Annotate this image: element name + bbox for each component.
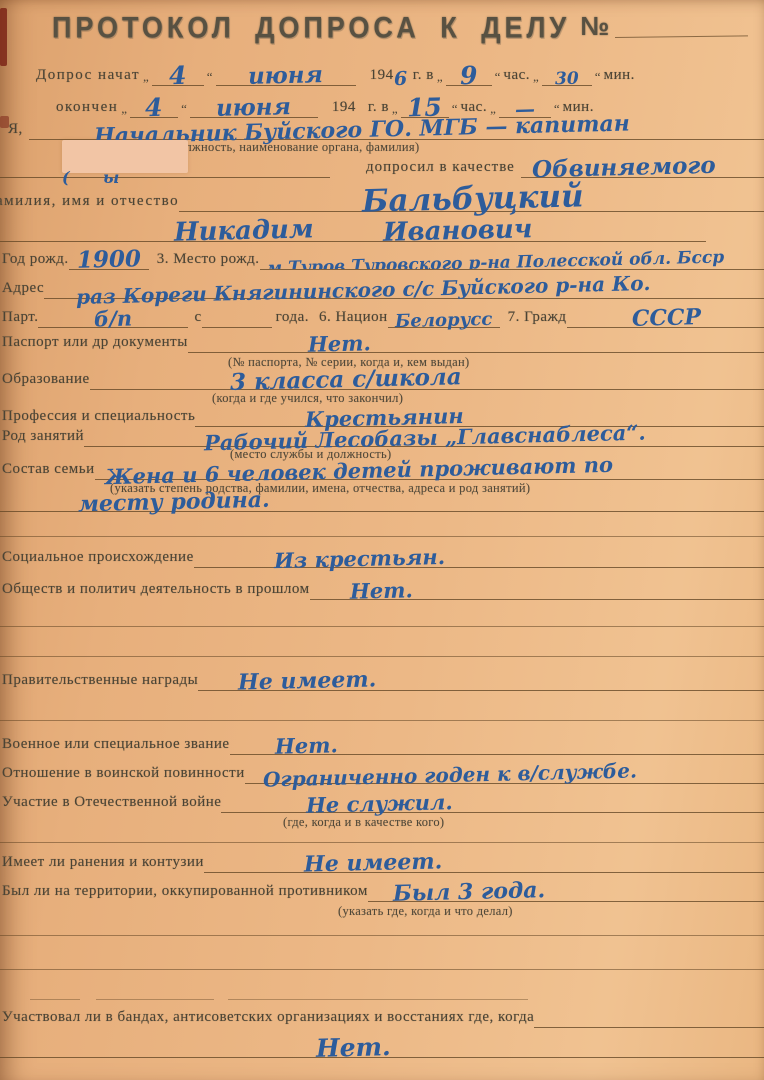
row-family: Состав семьи Жена и 6 человек детей прож… [2,456,764,480]
war-participation-label: Участие в Отечественной войне [2,794,221,813]
row-military-rank: Военное или специальное звание Нет. [2,728,764,755]
birth-year-field: 1900 [69,244,149,270]
row-interrogation-started: Допрос начат „ 4 “ июня 194 6 г. в „ 9 “… [36,56,764,86]
started-day-field: 4 [152,56,204,86]
quote-close: “ [592,69,604,86]
gangs-answer-value: Нет. [315,1036,390,1059]
row-address: Адрес раз Кореги Княгининского с/с Буйск… [2,272,764,299]
started-minute-value: 30 [555,71,579,86]
started-year-suffix: г. в [413,67,434,86]
questioned-as-field: Обвиняемого [521,150,764,178]
started-hour-field: 9 [446,56,492,86]
row-education: Образование 3 класса с/школа [2,362,764,390]
wounds-field: Не имеет. [204,846,764,873]
party-since-field [202,301,272,328]
occupation-label: Род занятий [2,428,84,447]
started-label: Допрос начат [36,67,140,86]
education-value: 3 класса с/школа [230,368,462,393]
started-month-field: июня [216,56,356,86]
blank-ruled-line [0,911,764,936]
birth-place-label: 3. Место рожд. [157,251,260,270]
surname-value: Бальбуцкий [361,183,583,215]
military-duty-field: Ограниченно годен к в/службе. [245,757,764,784]
blank-ruled-line [0,632,764,657]
row-social-origin: Социальное происхождение Из крестьян. [2,542,764,568]
row-profession: Профессия и специальность Крестьянин [2,400,764,427]
started-month-value: июня [248,66,323,87]
military-duty-value: Ограниченно годен к в/службе. [263,762,637,788]
first-name-value: Никадим [173,218,313,243]
row-gangs: Участвовал ли в бандах, антисоветских ор… [2,1002,764,1028]
party-field: б/п [38,301,188,328]
row-given-names: Никадим Иванович [0,214,764,242]
blank-ruled-line [0,602,764,627]
started-hour-label: час. [503,67,530,86]
political-activity-value: Нет. [349,581,412,600]
started-day-value: 4 [169,65,187,87]
interrogator-label: Я, [8,121,23,140]
case-number-blank-line [615,35,748,38]
awards-field: Не имеет. [198,664,764,691]
started-year-printed: 194 [370,67,394,86]
citizenship-field: СССР [567,301,764,328]
wounds-label: Имеет ли ранения и контузии [2,854,204,873]
case-number-sign: № [570,11,615,44]
quote-close: “ [492,69,504,86]
family-field: Жена и 6 человек детей проживают по [95,456,764,480]
row-gangs-answer: Нет. [0,1030,764,1058]
education-field: 3 класса с/школа [90,362,764,390]
political-activity-field: Нет. [310,574,764,600]
political-activity-label: Обществ и политич деятельность в прошлом [2,581,310,600]
passport-label: Паспорт или др документы [2,334,188,353]
row-wounds: Имеет ли ранения и контузии Не имеет. [2,846,764,873]
started-year-written: 6 [393,71,407,87]
scan-edge-mark [0,8,7,66]
full-name-label: амилия, имя и отчество [0,193,179,212]
birth-year-value: 1900 [76,250,140,271]
military-rank-value: Нет. [274,736,337,755]
row-occupied-territory: Был ли на территории, оккупированной про… [2,875,764,902]
document-header: ПРОТОКОЛ ДОПРОСА К ДЕЛУ № [52,6,748,44]
social-origin-label: Социальное происхождение [2,549,194,568]
blank-ruled-line [0,945,764,970]
row-party-nationality: Парт. б/п с года. 6. Национ Белорусс 7. … [2,301,764,328]
questioned-as-label: допросил в качестве [366,159,515,178]
education-label: Образование [2,371,90,390]
family-line2-value: месту родина. [78,491,270,514]
gangs-answer-field: Нет. [0,1030,764,1058]
wounds-value: Не имеет. [304,853,443,875]
military-rank-field: Нет. [230,728,764,755]
row-family-line2: месту родина. [0,488,764,512]
quote-close: “ [204,69,216,86]
gangs-field [534,1002,764,1028]
family-line2-field: месту родина. [0,488,764,512]
birth-place-value: м Туров Туровского р-на Полесской обл. Б… [265,250,723,270]
military-duty-label: Отношение в воинской повинности [2,765,245,784]
nationality-field: Белорусс [388,301,500,328]
row-birth: Год рожд. 1900 3. Место рожд. м Туров Ту… [2,244,764,270]
quote-open: „ [530,69,542,86]
row-military-duty: Отношение в воинской повинности Ограниче… [2,757,764,784]
interrogation-protocol-document: ПРОТОКОЛ ДОПРОСА К ДЕЛУ № Допрос начат „… [0,0,764,1080]
row-war-participation: Участие в Отечественной войне Не служил. [2,786,764,813]
quote-open: „ [140,69,152,86]
row-political-activity: Обществ и политич деятельность в прошлом… [2,574,764,600]
social-origin-field: Из крестьян. [194,542,764,568]
address-label: Адрес [2,280,44,299]
birth-place-field: м Туров Туровского р-на Полесской обл. Б… [260,244,764,270]
given-names-field: Никадим Иванович [0,214,706,242]
social-origin-value: Из крестьян. [274,548,445,570]
broken-ruled-line [30,980,764,1000]
blank-ruled-line [0,512,764,537]
address-field: раз Кореги Княгининского с/с Буйского р-… [44,272,764,299]
row-interrogator: Я, Начальник Буйского ГО. МГБ — капитан [8,112,764,140]
blank-ruled-line [0,696,764,721]
row-occupation: Род занятий Рабочий Лесобазы „Главснабле… [2,425,764,447]
quote-open: „ [434,69,446,86]
occupation-field: Рабочий Лесобазы „Главснаблеса“. [84,425,764,447]
birth-year-label: Год рожд. [2,251,69,270]
awards-label: Правительственные награды [2,672,198,691]
stray-handwriting: ( ы [62,168,119,187]
interrogator-field: Начальник Буйского ГО. МГБ — капитан [29,112,764,140]
page-title: ПРОТОКОЛ ДОПРОСА К ДЕЛУ [52,12,570,45]
gangs-label: Участвовал ли в бандах, антисоветских ор… [2,1009,534,1028]
occupied-territory-label: Был ли на территории, оккупированной про… [2,883,368,902]
passport-value: Нет. [308,334,371,353]
row-passport: Паспорт или др документы Нет. [2,326,764,353]
military-rank-label: Военное или специальное звание [2,736,230,755]
occupied-territory-field: Был 3 года. [368,875,764,902]
awards-value: Не имеет. [238,671,377,693]
started-minute-field: 30 [542,56,592,86]
passport-field: Нет. [188,326,764,353]
war-participation-value: Не служил. [306,793,453,814]
blank-ruled-line [0,818,764,843]
questioned-as-value: Обвиняемого [531,156,715,180]
started-minute-label: мин. [604,67,635,86]
occupied-territory-value: Был 3 года. [393,881,546,903]
patronymic-value: Иванович [383,218,533,244]
row-awards: Правительственные награды Не имеет. [2,664,764,691]
surname-field: Бальбуцкий [179,182,764,212]
started-hour-value: 9 [460,65,478,87]
family-label: Состав семьи [2,461,95,480]
war-participation-field: Не служил. [221,786,764,813]
